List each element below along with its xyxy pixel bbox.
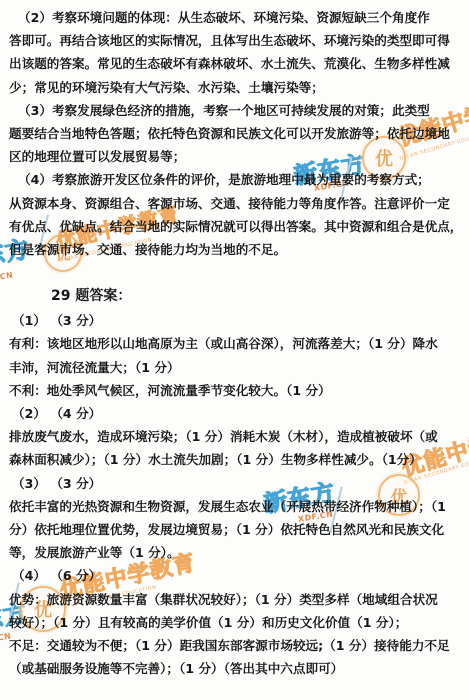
text-line: 等，发展旅游产业等（1 分）。 (9, 541, 461, 564)
text-line: 答即可。再结合该地区的实际情况，且体写出生态破坏、环境污染的类型即可得 (9, 29, 461, 52)
text-line: 少；常见的环境污染有大气污染、水污染、土壤污染等； (9, 76, 461, 99)
text-line: （3） （3 分） (9, 472, 461, 495)
document-page: 新东方 XDF.CN 优 优能中学教育 U-CAN SECONDARY EDUC… (0, 0, 469, 700)
blank-line (9, 261, 461, 284)
text-line: 较好）；（1 分）且有较高的美学价值（1 分）和历史文化价值（1 分）； (9, 611, 461, 634)
text-line: 但是客源市场、交通、接待能力均为当地的不足。 (9, 238, 461, 261)
text-line: （4）考察旅游开发区位条件的评价，是旅游地理中最为重要的考察方式； (9, 168, 461, 191)
text-line: 排放废气废水，造成环境污染；（1 分）消耗木炭（木材），造成植被破坏（或 (9, 425, 461, 448)
text-line: （4） （6 分） (9, 564, 461, 587)
text-line: 从资源本身、资源组合、客源市场、交通、接待能力等角度作答。注意评价一定 (9, 192, 461, 215)
text-line: （3）考察发展绿色经济的措施，考察一个地区可持续发展的对策；此类型 (9, 99, 461, 122)
text-line: （2） （4 分） (9, 402, 461, 425)
text-line: 不利：地处季风气候区，河流流量季节变化较大。（1 分） (9, 379, 461, 402)
text-line: 优势：旅游资源数量丰富（集群状况较好）；（1 分）类型多样（地域组合状况 (9, 588, 461, 611)
text-line: 有利：该地区地形以山地高原为主（或山高谷深），河流落差大；（1 分）降水 (9, 332, 461, 355)
text-line: 森林面积减少）；（1 分）水土流失加剧；（1 分）生物多样性减少。（1分） (9, 448, 461, 471)
text-line: 有优点、优缺点。结合当地的实际情况就可以得出答案。其中资源和组合是优点， (9, 215, 461, 238)
text-line: （1） （3 分） (9, 309, 461, 332)
answer-key-text: （2）考察环境问题的体现：从生态破坏、环境污染、资源短缺三个角度作 答即可。再结… (0, 0, 469, 680)
text-line: 不足：交通较为不便；（1 分）距我国东部客源市场较远;（1 分）接待能力不足 (9, 634, 461, 657)
text-line: 分）依托地理位置优势，发展边境贸易；（1 分）依托特色自然风光和民族文化 (9, 518, 461, 541)
text-line: 区的地理位置可以发展贸易等； (9, 145, 461, 168)
text-line: 依托丰富的光热资源和生物资源，发展生态农业（开展热带经济作物种植）；（1 (9, 495, 461, 518)
text-line: 丰沛，河流径流量大；（1 分） (9, 356, 461, 379)
text-line: 题要结合当地特色答题；依托特色资源和民族文化可以开发旅游等；依托边境地 (9, 122, 461, 145)
text-line: （或基础服务设施等不完善）；（1 分）（答出其中六点即可） (9, 657, 461, 680)
text-line: （2）考察环境问题的体现：从生态破坏、环境污染、资源短缺三个角度作 (9, 6, 461, 29)
text-line: 出该题的答案。常见的生态破坏有森林破坏、水土流失、荒漠化、生物多样性减 (9, 52, 461, 75)
answer-section-heading: 29 题答案： (9, 284, 461, 309)
